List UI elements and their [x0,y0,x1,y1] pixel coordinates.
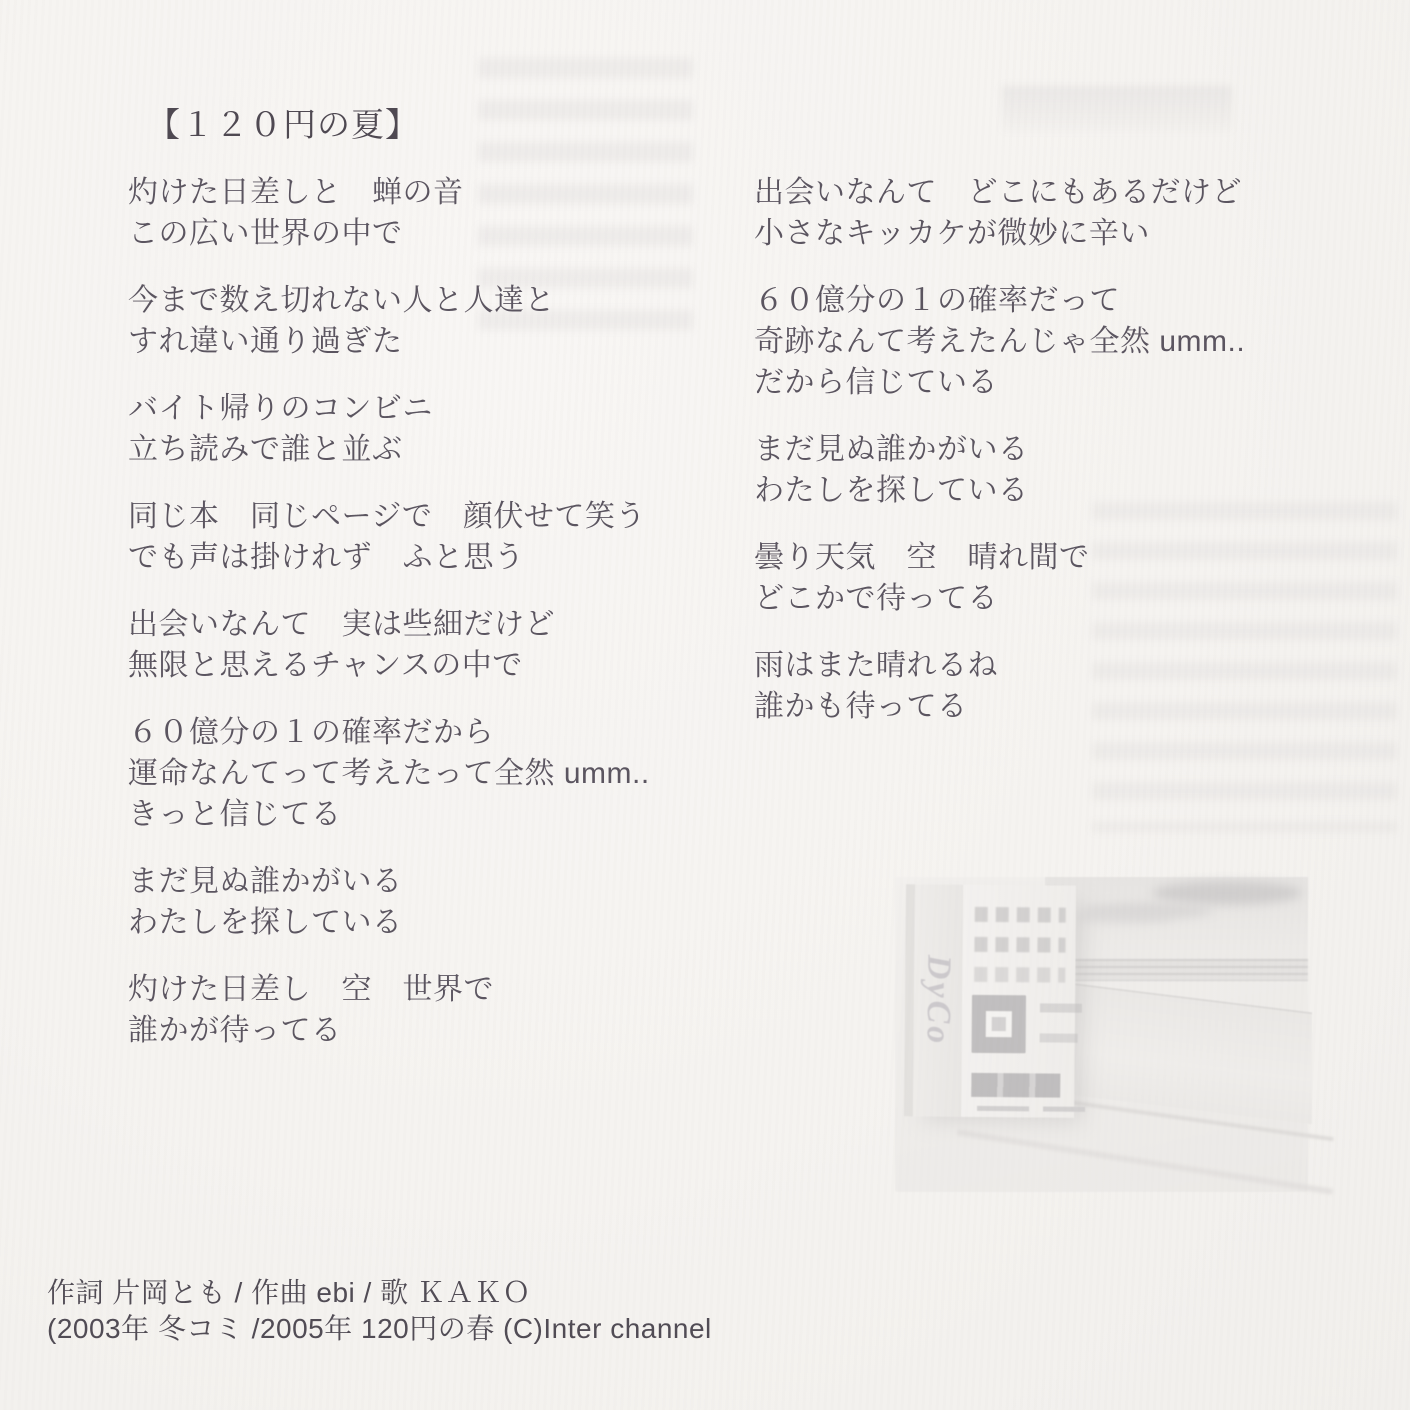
lyric-stanza: まだ見ぬ誰かがいる わたしを探している [128,861,650,943]
cloud-shape [1075,911,1175,923]
lyric-stanza: ６０億分の１の確率だから 運命なんてって考えたって全然 umm.. きっと信じて… [128,712,650,835]
lyric-line: きっと信じてる [128,794,650,835]
lyric-stanza: 灼けた日差しと 蝉の音 この広い世界の中で [128,172,650,254]
horizon-sea-strip [1045,959,1308,981]
lyric-line: まだ見ぬ誰かがいる [754,429,1245,470]
lyric-stanza: 出会いなんて どこにもあるだけど 小さなキッカケが微妙に辛い [754,172,1245,254]
lyrics-column-right: 出会いなんて どこにもあるだけど 小さなキッカケが微妙に辛い ６０億分の１の確率… [754,172,1245,753]
display-window-picture [986,1011,1012,1037]
lyric-line: 運命なんてって考えたって全然 umm.. [128,753,650,794]
lyric-line: すれ違い通り過ぎた [128,321,650,362]
song-title: 【１２０円の夏】 [147,99,419,146]
lyric-line: どこかで待ってる [754,578,1245,619]
vending-machine-front-panel [960,885,1076,1118]
lyric-stanza: 灼けた日差し 空 世界で 誰かが待ってる [128,969,650,1051]
lyrics-column-left: 灼けた日差しと 蝉の音 この広い世界の中で 今まで数え切れない人と人達と すれ違… [128,172,650,1077]
lyric-stanza: 曇り天気 空 晴れ間で どこかで待ってる [754,537,1245,619]
bottom-trim-strip [977,1106,1029,1111]
product-shelf-row [974,967,1065,983]
lyric-line: 誰かが待ってる [128,1010,650,1051]
credits-line-2: (2003年 冬コミ /2005年 120円の春 (C)Inter channe… [47,1311,712,1347]
lyric-line: バイト帰りのコンビニ [128,388,650,429]
lyric-stanza: ６０億分の１の確率だって 奇跡なんて考えたんじゃ全然 umm.. だから信じてい… [754,280,1245,403]
lyric-line: 出会いなんて 実は些細だけど [128,604,650,645]
lyric-line: 立ち読みで誰と並ぶ [128,429,650,470]
lyrics-booklet-page: 【１２０円の夏】 灼けた日差しと 蝉の音 この広い世界の中で 今まで数え切れない… [0,0,1410,1410]
cloud-shape [1152,881,1302,905]
lyric-line: 奇跡なんて考えたんじゃ全然 umm.. [754,321,1245,362]
photo-faded-layer: DyCo [895,877,1308,1192]
lyric-stanza: 出会いなんて 実は些細だけど 無限と思えるチャンスの中で [128,604,650,686]
lyric-line: 出会いなんて どこにもあるだけど [754,172,1245,213]
lyric-stanza: 今まで数え切れない人と人達と すれ違い通り過ぎた [128,280,650,362]
credits-line-1: 作詞 片岡とも / 作曲 ebi / 歌 ＫＡＫＯ [47,1275,712,1311]
lyric-line: 曇り天気 空 晴れ間で [754,537,1245,578]
lyric-line: まだ見ぬ誰かがいる [128,861,650,902]
product-shelf-row [975,907,1066,923]
lyric-line: 灼けた日差し 空 世界で [128,969,650,1010]
bottom-trim-strip [1043,1106,1085,1111]
lyric-line: この広い世界の中で [128,213,650,254]
vending-machine: DyCo [904,884,1076,1117]
lyric-line: 灼けた日差しと 蝉の音 [128,172,650,213]
display-window [972,995,1027,1053]
lyric-stanza: バイト帰りのコンビニ 立ち読みで誰と並ぶ [128,388,650,470]
vending-machine-brand-label: DyCo [918,955,957,1047]
lyric-line: 今まで数え切れない人と人達と [128,280,650,321]
lyric-line: ６０億分の１の確率だから [128,712,650,753]
vending-machine-side-panel: DyCo [913,884,962,1116]
bleedthrough-smudge [1002,86,1232,132]
lyric-line: わたしを探している [754,470,1245,511]
price-label [1040,1003,1082,1012]
product-shelf-row [974,937,1065,953]
lyric-line: 同じ本 同じページで 顔伏せて笑う [128,496,650,537]
lyric-stanza: 雨はまた晴れるね 誰かも待ってる [754,645,1245,727]
lyric-line: 雨はまた晴れるね [754,645,1245,686]
lyric-line: ６０億分の１の確率だって [754,280,1245,321]
vending-machine-photo: DyCo [895,877,1308,1192]
lyric-stanza: まだ見ぬ誰かがいる わたしを探している [754,429,1245,511]
lyric-line: 誰かも待ってる [754,686,1245,727]
lyric-line: わたしを探している [128,902,650,943]
credits: 作詞 片岡とも / 作曲 ebi / 歌 ＫＡＫＯ (2003年 冬コミ /20… [47,1275,712,1347]
lyric-line: だから信じている [754,362,1245,403]
lyric-line: でも声は掛けれず ふと思う [128,537,650,578]
lyric-line: 無限と思えるチャンスの中で [128,645,650,686]
dispense-slot [971,1073,1060,1098]
price-label [1040,1033,1078,1042]
lyric-stanza: 同じ本 同じページで 顔伏せて笑う でも声は掛けれず ふと思う [128,496,650,578]
lyric-line: 小さなキッカケが微妙に辛い [754,213,1245,254]
sky-region [1045,877,1308,965]
